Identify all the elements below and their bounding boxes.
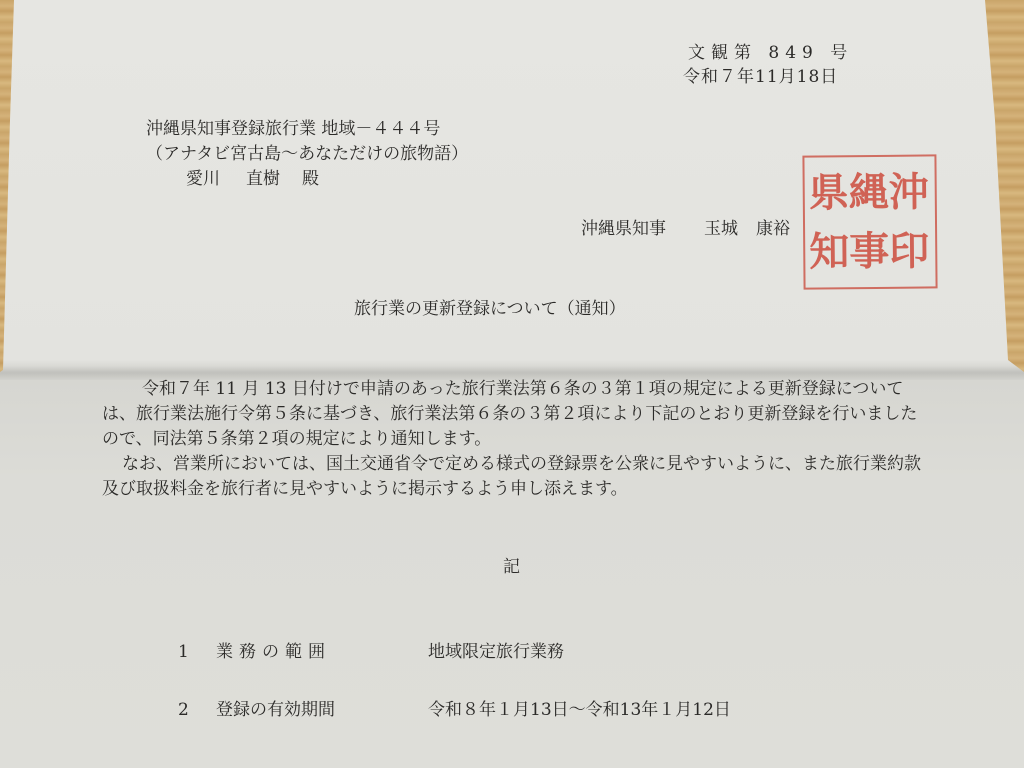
seal-char: 沖 bbox=[889, 172, 929, 212]
item-label: 登録の有効期間 bbox=[216, 699, 428, 721]
document-date: 令和７年11月18日 bbox=[683, 66, 838, 88]
ki-heading: 記 bbox=[503, 556, 520, 578]
body-paragraph-1: 令和７年 11 月 13 日付けで申請のあった旅行業法第６条の３第１項の規定によ… bbox=[102, 377, 922, 452]
letter-paper: 文観第 849 号 令和７年11月18日 沖縄県知事登録旅行業 地域－４４４号 … bbox=[0, 0, 1024, 768]
body-paragraph-2-text: なお、営業所においては、国土交通省令で定める様式の登録票を公衆に見やすいように、… bbox=[102, 454, 921, 499]
item-number: 2 bbox=[178, 699, 216, 721]
body-paragraph-2: なお、営業所においては、国土交通省令で定める様式の登録票を公衆に見やすいように、… bbox=[102, 452, 922, 502]
sender-title: 沖縄県知事 bbox=[581, 219, 666, 239]
addressee-business-name: （アナタビ宮古島～あなただけの旅物語） bbox=[146, 143, 468, 165]
addressee-registration: 沖縄県知事登録旅行業 地域－４４４号 bbox=[146, 118, 440, 140]
sender: 沖縄県知事玉城康裕 bbox=[581, 218, 790, 240]
sender-family-name: 玉城 bbox=[704, 219, 738, 239]
seal-char: 県 bbox=[809, 173, 849, 213]
document-title: 旅行業の更新登録について（通知） bbox=[354, 298, 626, 320]
seal-char: 印 bbox=[889, 231, 929, 271]
item-label: 業務の範囲 bbox=[216, 641, 428, 663]
item-value: 令和８年１月13日～令和13年１月12日 bbox=[428, 700, 731, 720]
official-seal-stamp: 沖 印 縄 事 県 知 bbox=[802, 154, 937, 289]
addressee-family-name: 愛川 bbox=[186, 169, 220, 189]
seal-char: 事 bbox=[849, 231, 889, 271]
record-item-scope: 1業務の範囲地域限定旅行業務 bbox=[178, 641, 564, 663]
seal-char: 知 bbox=[809, 232, 849, 272]
seal-char: 縄 bbox=[849, 172, 889, 212]
addressee-given-name: 直樹 bbox=[246, 169, 280, 189]
body-paragraph-1-text: 令和７年 11 月 13 日付けで申請のあった旅行業法第６条の３第１項の規定によ… bbox=[102, 379, 917, 449]
item-number: 1 bbox=[178, 641, 216, 663]
addressee-name: 愛川直樹殿 bbox=[186, 168, 319, 190]
sender-given-name: 康裕 bbox=[756, 219, 790, 239]
addressee-honorific: 殿 bbox=[302, 169, 319, 189]
document-number: 文観第 849 号 bbox=[688, 42, 853, 64]
item-value: 地域限定旅行業務 bbox=[428, 642, 564, 662]
record-item-validity: 2登録の有効期間令和８年１月13日～令和13年１月12日 bbox=[178, 699, 731, 721]
